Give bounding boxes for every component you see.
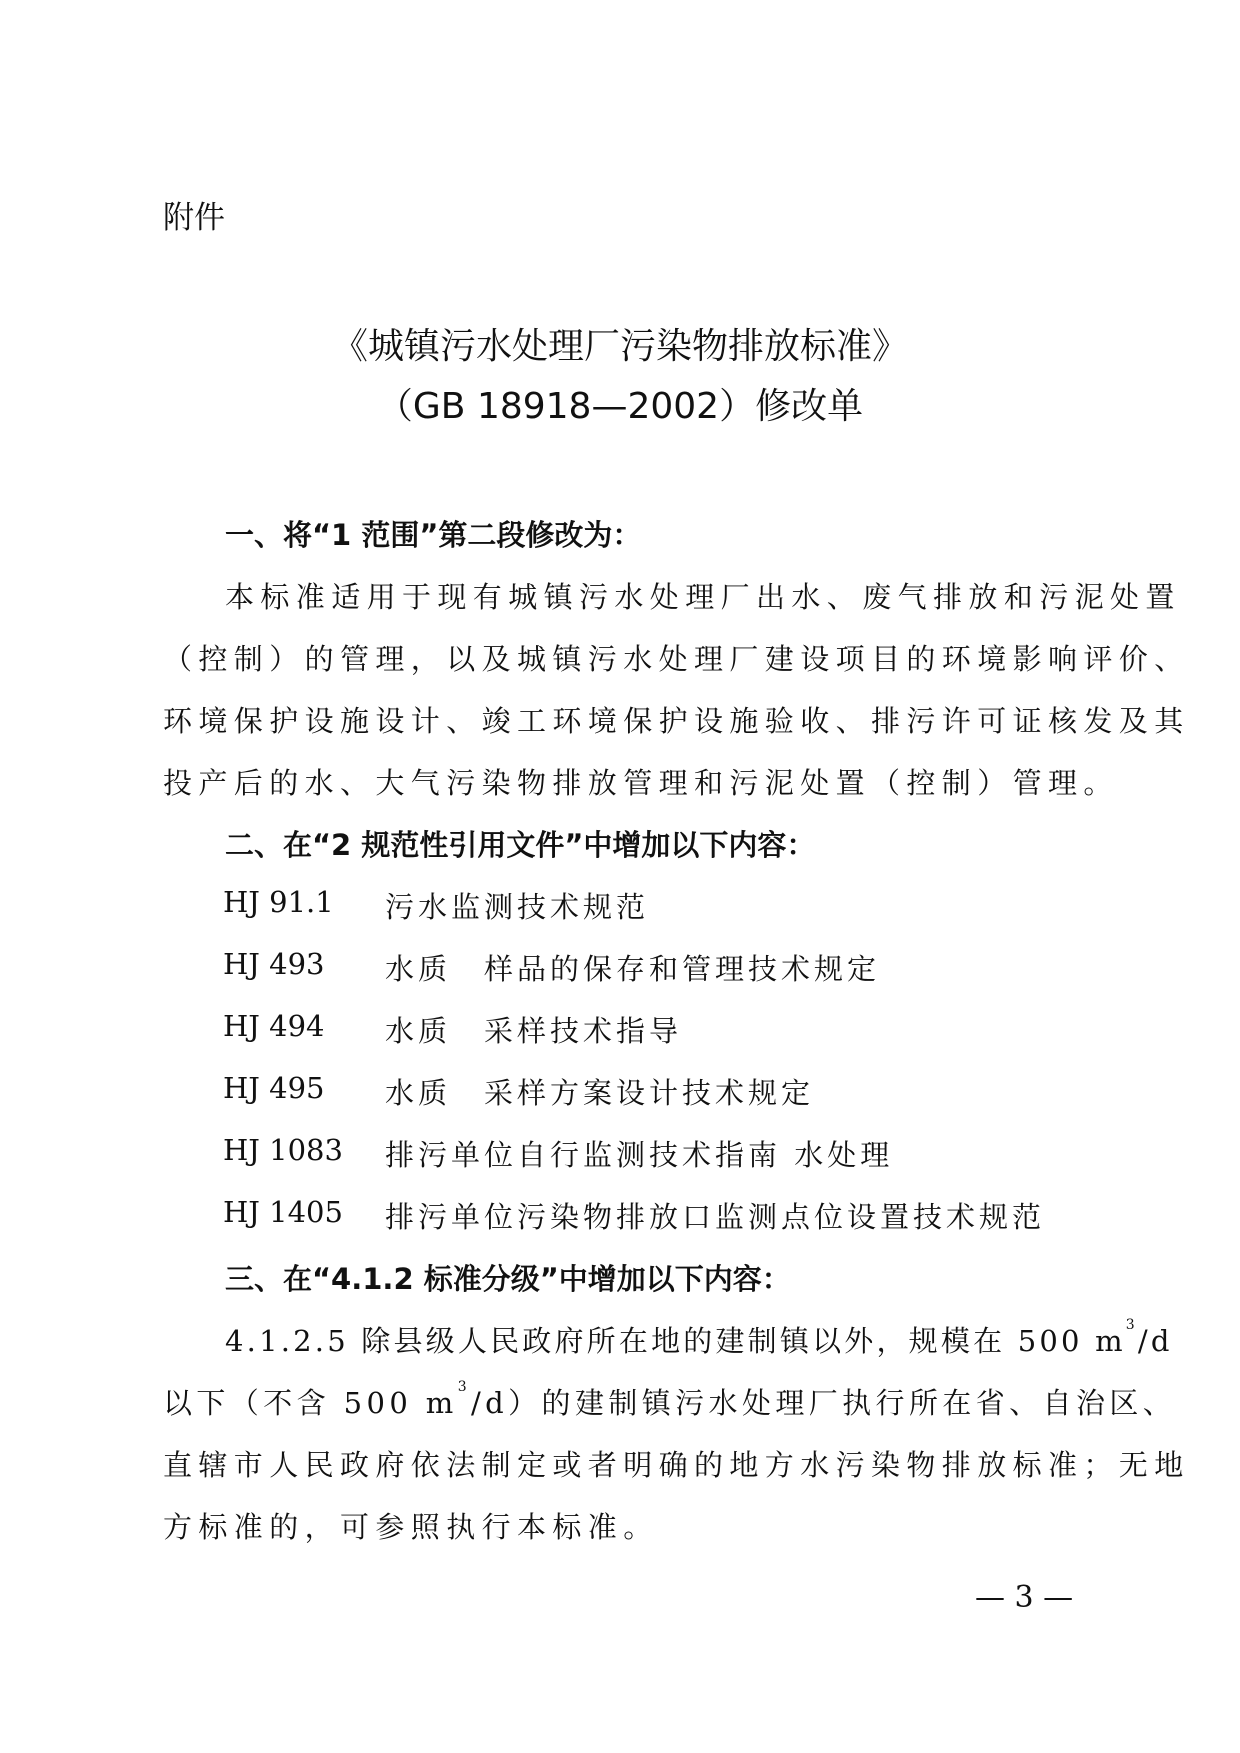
section-1-line-1: 本标准适用于现有城镇污水处理厂出水、废气排放和污泥处置 — [225, 575, 1181, 616]
reference-code: HJ 495 — [223, 1071, 325, 1105]
reference-title: 污水监测技术规范 — [385, 885, 649, 926]
document-page: 附件 《城镇污水处理厂污染物排放标准》 （GB 18918—2002）修改单 一… — [0, 0, 1240, 1753]
document-title: 《城镇污水处理厂污染物排放标准》 — [0, 318, 1240, 369]
section-3-line-4: 方标准的，可参照执行本标准。 — [163, 1505, 659, 1546]
reference-title: 排污单位自行监测技术指南 水处理 — [385, 1133, 893, 1174]
section-1-line-3: 环境保护设施设计、竣工环境保护设施验收、排污许可证核发及其 — [163, 699, 1190, 740]
attachment-label: 附件 — [163, 192, 225, 237]
section-2-heading: 二、在“2 规范性引用文件”中增加以下内容： — [225, 823, 815, 864]
page-number: — 3 — — [975, 1580, 1073, 1615]
section-1-line-4: 投产后的水、大气污染物排放管理和污泥处置（控制）管理。 — [163, 761, 1119, 802]
superscript: 3 — [1126, 1317, 1138, 1333]
section-3-line-1: 4.1.2.5 除县级人民政府所在地的建制镇以外，规模在 500 m3/d — [225, 1319, 1173, 1360]
line-text: 4.1.2.5 除县级人民政府所在地的建制镇以外，规模在 500 m — [225, 1324, 1126, 1358]
section-1-line-2: （控制）的管理，以及城镇污水处理厂建设项目的环境影响评价、 — [163, 637, 1190, 678]
line-text: 以下（不含 500 m — [163, 1386, 458, 1420]
reference-code: HJ 493 — [223, 947, 325, 981]
reference-title: 排污单位污染物排放口监测点位设置技术规范 — [385, 1195, 1045, 1236]
reference-code: HJ 91.1 — [223, 885, 334, 919]
document-subtitle: （GB 18918—2002）修改单 — [0, 378, 1240, 429]
section-3-line-2: 以下（不含 500 m3/d）的建制镇污水处理厂执行所在省、自治区、 — [163, 1381, 1176, 1422]
section-3-heading: 三、在“4.1.2 标准分级”中增加以下内容： — [225, 1257, 791, 1298]
reference-title: 水质 采样技术指导 — [385, 1009, 682, 1050]
section-1-heading: 一、将“1 范围”第二段修改为： — [225, 513, 641, 554]
line-text: /d）的建制镇污水处理厂执行所在省、自治区、 — [471, 1386, 1176, 1420]
reference-code: HJ 494 — [223, 1009, 325, 1043]
section-3-line-3: 直辖市人民政府依法制定或者明确的地方水污染物排放标准；无地 — [163, 1443, 1190, 1484]
reference-code: HJ 1083 — [223, 1133, 343, 1167]
reference-title: 水质 采样方案设计技术规定 — [385, 1071, 814, 1112]
line-text: /d — [1138, 1324, 1173, 1358]
superscript: 3 — [458, 1379, 471, 1395]
reference-code: HJ 1405 — [223, 1195, 343, 1229]
reference-title: 水质 样品的保存和管理技术规定 — [385, 947, 880, 988]
